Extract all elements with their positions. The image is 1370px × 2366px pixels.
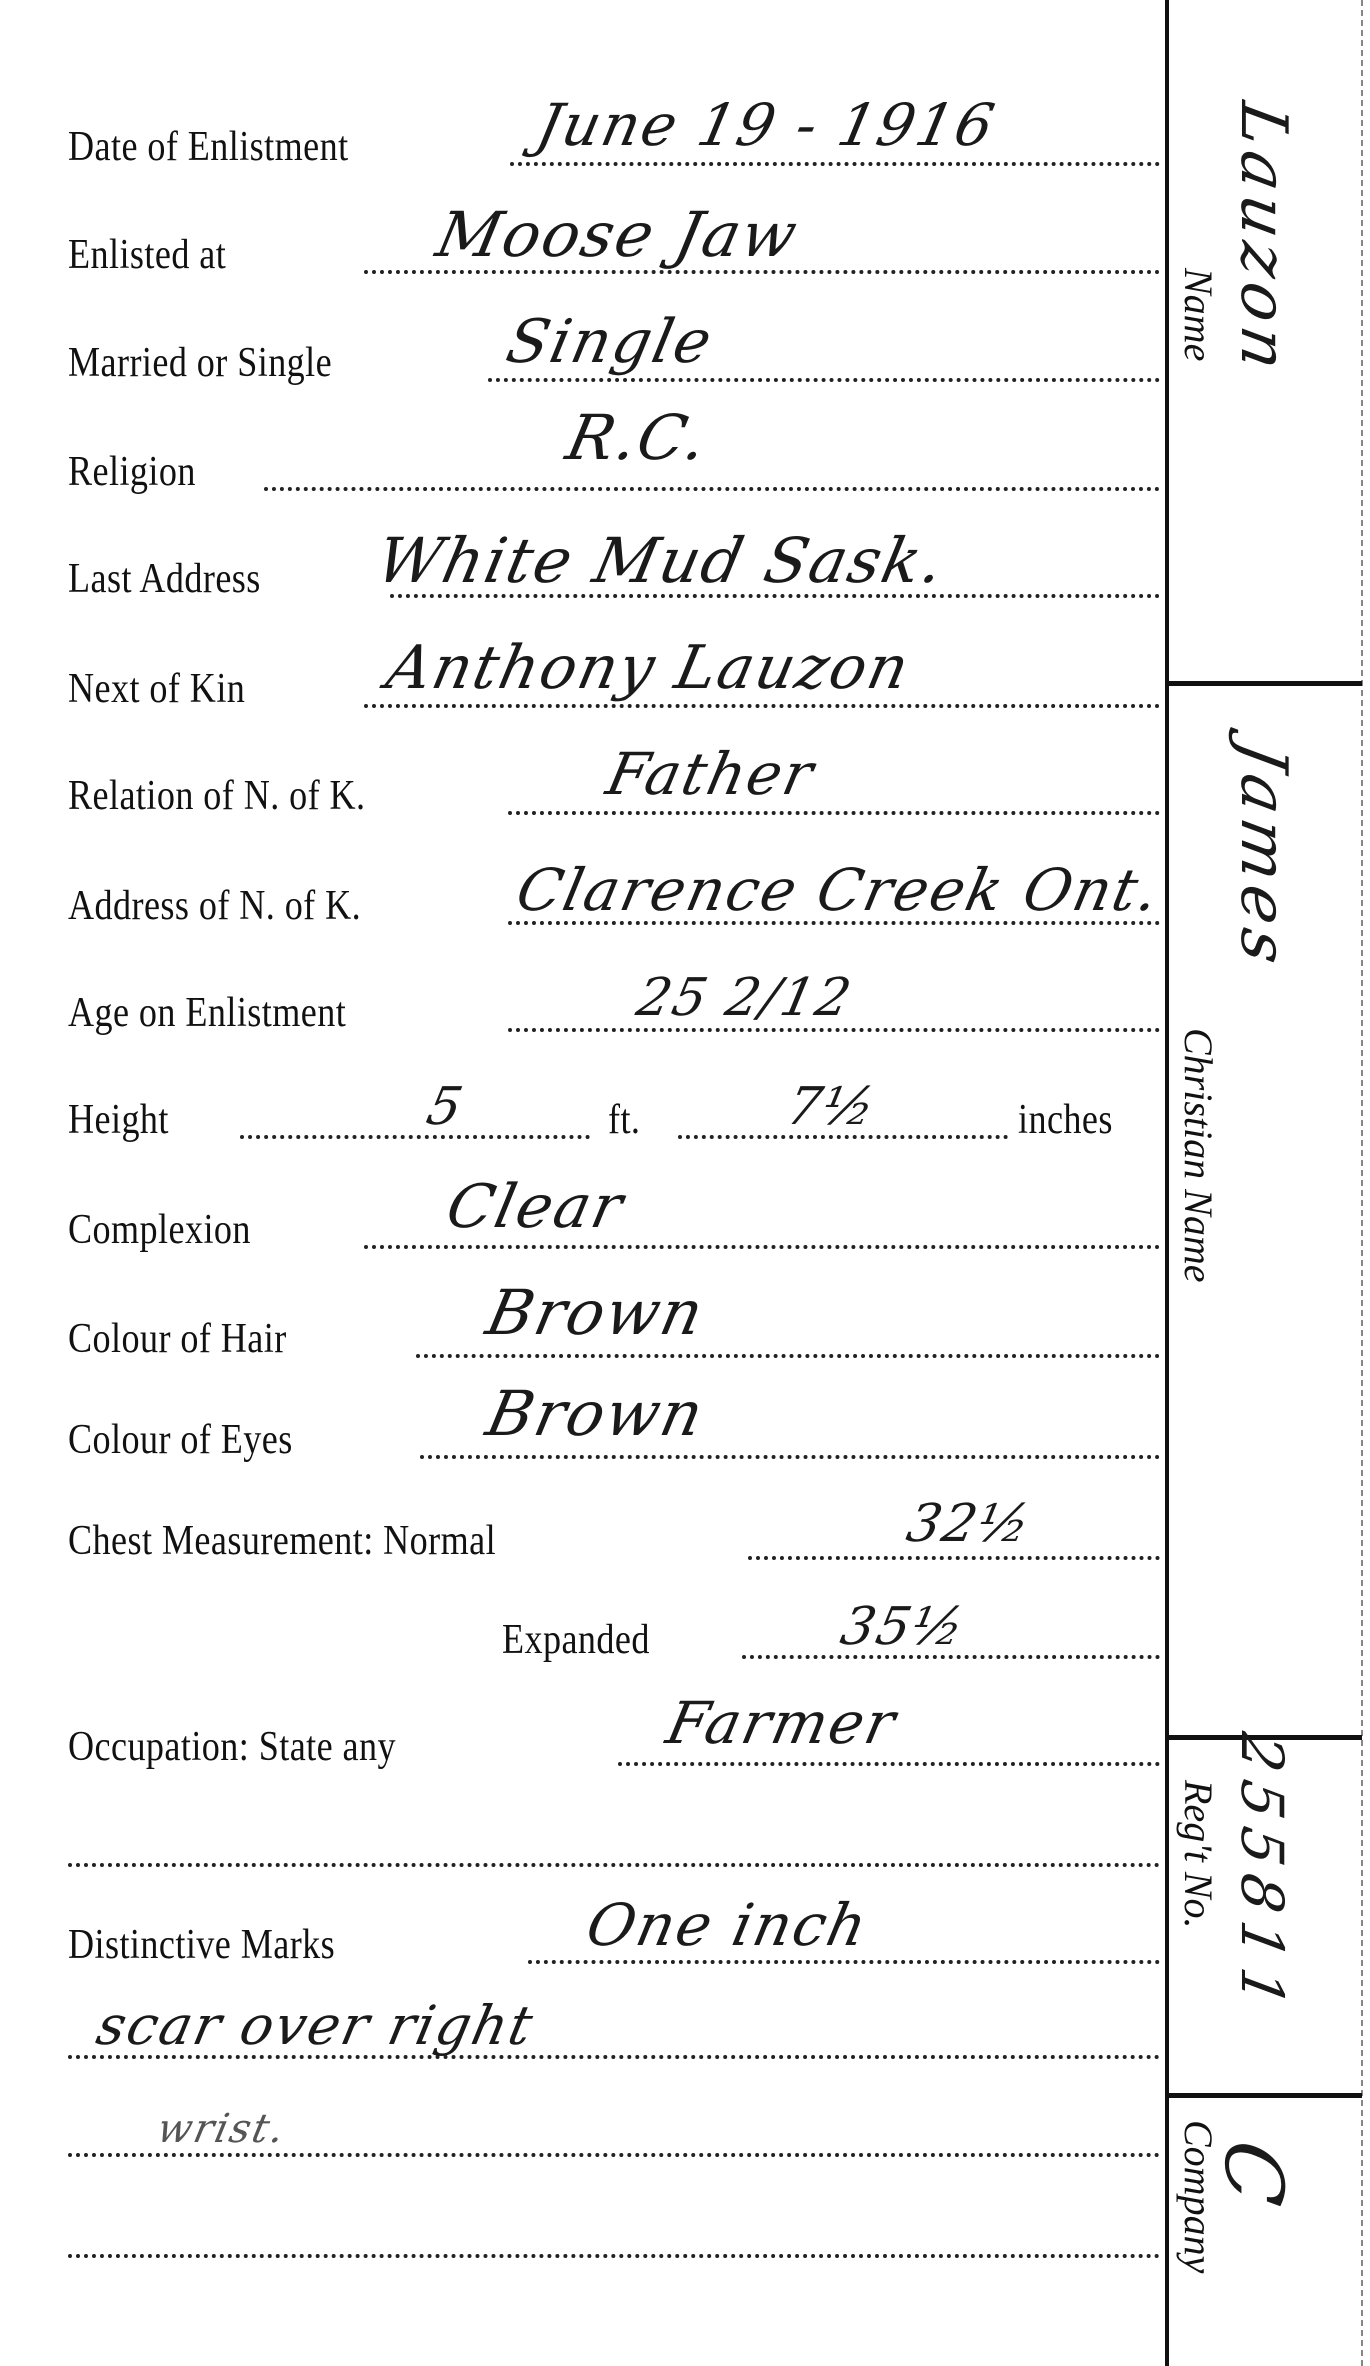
field-religion: Religion R.C. [68, 433, 1160, 493]
fill-line [528, 1960, 1160, 1964]
fill-line [488, 378, 1160, 382]
field-next-of-kin: Next of Kin Anthony Lauzon [68, 650, 1160, 710]
field-colour-of-eyes: Colour of Eyes Brown [68, 1401, 1160, 1461]
field-complexion: Complexion Clear [68, 1191, 1160, 1251]
field-chest-normal: Chest Measurement: Normal 32½ [68, 1502, 1160, 1562]
fill-line [618, 1762, 1160, 1766]
field-distinctive-marks-line-3: wrist. [68, 2099, 1160, 2159]
name-value: Lauzon [1226, 97, 1300, 381]
feet-unit-label: ft. [608, 1099, 640, 1141]
fill-line [68, 1863, 1160, 1867]
value: Brown [481, 1383, 710, 1445]
name-label: Name [1175, 268, 1222, 361]
christian-name-value: James [1226, 737, 1300, 975]
height-feet-value: 5 [422, 1081, 468, 1133]
value: June 19 - 1916 [532, 96, 1001, 154]
card-right-edge [1361, 0, 1363, 2366]
field-occupation: Occupation: State any Farmer [68, 1708, 1160, 1768]
field-date-of-enlistment: Date of Enlistment June 19 - 1916 [68, 108, 1160, 168]
value: One inch [582, 1896, 874, 1954]
divider-name [1169, 681, 1362, 686]
value: Anthony Lauzon [382, 638, 916, 698]
label: Colour of Eyes [68, 1419, 293, 1461]
fill-line [264, 487, 1160, 491]
field-distinctive-marks-line-4 [68, 2200, 1160, 2260]
label: Religion [68, 451, 196, 493]
field-distinctive-marks-line-2: scar over right [68, 2001, 1160, 2061]
label: Complexion [68, 1209, 251, 1251]
fill-line [420, 1455, 1160, 1459]
field-colour-of-hair: Colour of Hair Brown [68, 1300, 1160, 1360]
regt-no-label: Reg't No. [1175, 1780, 1222, 1929]
label: Next of Kin [68, 668, 245, 710]
inches-unit-label: inches [1018, 1099, 1113, 1141]
label: Expanded [502, 1619, 650, 1661]
divider-regt-no [1169, 2093, 1362, 2098]
label: Date of Enlistment [68, 126, 349, 168]
label: Address of N. of K. [68, 885, 361, 927]
label: Distinctive Marks [68, 1924, 335, 1966]
height-inches-value: 7½ [782, 1081, 881, 1133]
value: Clear [442, 1177, 630, 1237]
label: Chest Measurement: Normal [68, 1520, 496, 1562]
value: Single [502, 312, 719, 372]
fill-line [364, 1245, 1160, 1249]
fill-line [68, 2153, 1160, 2157]
field-distinctive-marks: Distinctive Marks One inch [68, 1906, 1160, 1966]
field-relation-of-nok: Relation of N. of K. Father [68, 757, 1160, 817]
value: Father [602, 745, 820, 803]
side-panel-border [1165, 0, 1169, 2366]
label: Age on Enlistment [68, 992, 346, 1034]
value: wrist. [154, 2109, 290, 2149]
label: Enlisted at [68, 234, 226, 276]
regt-no-value: 255811 [1228, 1728, 1296, 2021]
label: Height [68, 1099, 169, 1141]
fill-line [748, 1556, 1160, 1560]
value: Moose Jaw [431, 204, 803, 266]
christian-name-label: Christian Name [1175, 1028, 1222, 1282]
fill-line [508, 1028, 1160, 1032]
label: Occupation: State any [68, 1726, 396, 1768]
label: Last Address [68, 558, 261, 600]
value: R.C. [561, 407, 714, 469]
fill-line [68, 2254, 1160, 2258]
field-height: Height 5 ft. 7½ inches [68, 1081, 1160, 1141]
value: 35½ [836, 1601, 970, 1653]
field-last-address: Last Address White Mud Sask. [68, 540, 1160, 600]
fill-line-feet [240, 1135, 590, 1139]
label: Colour of Hair [68, 1318, 287, 1360]
value: Clarence Creek Ont. [512, 861, 1165, 919]
field-occupation-continued [68, 1809, 1160, 1869]
field-chest-expanded: Expanded 35½ [502, 1601, 1160, 1661]
fill-line [508, 811, 1160, 815]
fill-line [510, 162, 1160, 166]
value: Farmer [662, 1694, 902, 1752]
fill-line [416, 1354, 1160, 1358]
field-enlisted-at: Enlisted at Moose Jaw [68, 216, 1160, 276]
label: Relation of N. of K. [68, 775, 366, 817]
value: 25 2/12 [632, 972, 857, 1024]
field-age-on-enlistment: Age on Enlistment 25 2/12 [68, 974, 1160, 1034]
label: Married or Single [68, 342, 332, 384]
value: 32½ [902, 1498, 1036, 1550]
field-address-of-nok: Address of N. of K. Clarence Creek Ont. [68, 867, 1160, 927]
value: White Mud Sask. [371, 530, 950, 592]
value: scar over right [92, 1999, 539, 2053]
field-married-or-single: Married or Single Single [68, 324, 1160, 384]
value: Brown [481, 1282, 710, 1344]
fill-line [364, 704, 1160, 708]
